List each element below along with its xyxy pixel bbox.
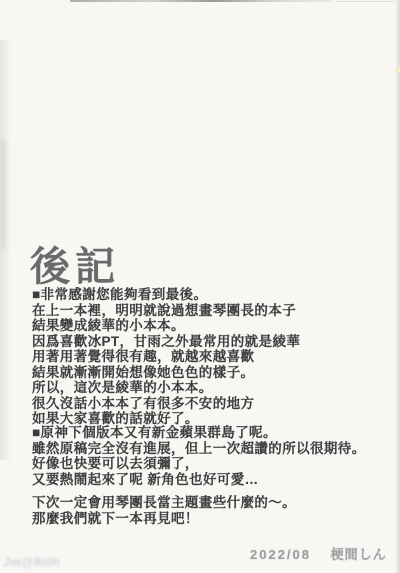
afterword-page: 後記 ■非常感謝您能夠看到最後。 在上一本裡，明明就說過想畫琴團長的本子 結果變… bbox=[0, 0, 400, 573]
scan-right-shadow bbox=[395, 0, 400, 573]
text-line: 雖然原稿完全沒有進展，但上一次超讚的所以很期待。 bbox=[32, 441, 366, 457]
afterword-paragraph-3: 下次一定會用琴團長當主題畫些什麼的～。 那麼我們就下一本再見吧！ bbox=[32, 495, 296, 526]
text-line: ■非常感謝您能夠看到最後。 bbox=[32, 287, 300, 303]
scan-watermark: Jm@9iilh bbox=[3, 555, 60, 569]
scan-speck bbox=[396, 66, 400, 73]
text-line: 在上一本裡，明明就說過想畫琴團長的本子 bbox=[32, 303, 300, 319]
text-line: 因爲喜歡冰PT，甘雨之外最常用的就是綾華 bbox=[32, 334, 300, 350]
scan-left-shadow bbox=[0, 40, 12, 460]
scan-edge-artifact-top bbox=[70, 0, 332, 2]
afterword-paragraph-2: ■原神下個版本又有新金蘋果群島了呢。 雖然原稿完全沒有進展，但上一次超讚的所以很… bbox=[32, 425, 366, 487]
scan-edge-artifact-top-right bbox=[336, 1, 394, 2]
text-line: 所以，這次是綾華的小本本。 bbox=[32, 380, 300, 396]
text-line: 用著用著覺得很有趣，就越來越喜歡 bbox=[32, 349, 300, 365]
text-line: 結果就漸漸開始想像她色色的樣子。 bbox=[32, 365, 300, 381]
text-line: 好像也快要可以去須彌了， bbox=[32, 456, 366, 472]
text-line: 下次一定會用琴團長當主題畫些什麼的～。 bbox=[32, 495, 296, 511]
text-line: 很久沒話小本本了有很多不安的地方 bbox=[32, 396, 300, 412]
text-line: 又要熱鬧起來了呢 新角色也好可愛… bbox=[32, 472, 366, 488]
text-line: 結果變成綾華的小本本。 bbox=[32, 318, 300, 334]
scan-left-smudge bbox=[1, 140, 5, 250]
author-signature: 梗間しん bbox=[331, 547, 387, 562]
text-line: ■原神下個版本又有新金蘋果群島了呢。 bbox=[32, 425, 366, 441]
text-line: 那麼我們就下一本再見吧！ bbox=[32, 511, 296, 527]
publication-date: 2022/08 bbox=[250, 547, 311, 562]
date-signature: 2022/08 梗間しん bbox=[250, 547, 387, 563]
page-title: 後記 bbox=[30, 244, 120, 290]
afterword-paragraph-1: ■非常感謝您能夠看到最後。 在上一本裡，明明就說過想畫琴團長的本子 結果變成綾華… bbox=[32, 287, 300, 427]
